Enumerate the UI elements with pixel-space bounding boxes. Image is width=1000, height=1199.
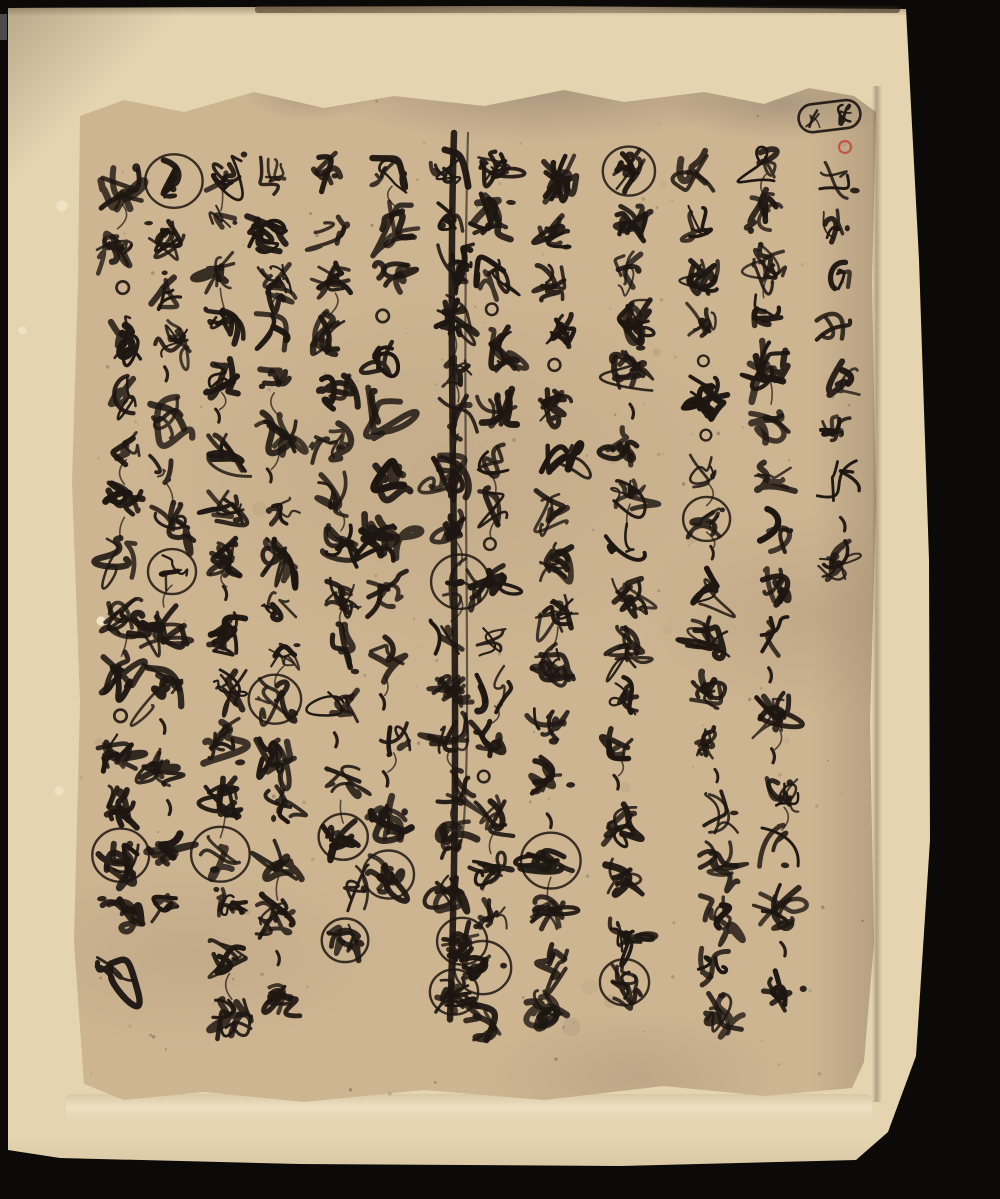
page-fold-edge (872, 86, 882, 1102)
top-edge-smudge (255, 6, 900, 13)
scanned-notebook-photo (0, 0, 1000, 1199)
scan-edge-artifact (0, 14, 7, 40)
paper-spot (54, 786, 64, 796)
manuscript-sheet (64, 82, 878, 1108)
paper-spot (96, 616, 106, 626)
paper-spot (18, 326, 27, 335)
paper-spot (56, 200, 68, 212)
torn-bottom-edge (66, 1094, 872, 1122)
